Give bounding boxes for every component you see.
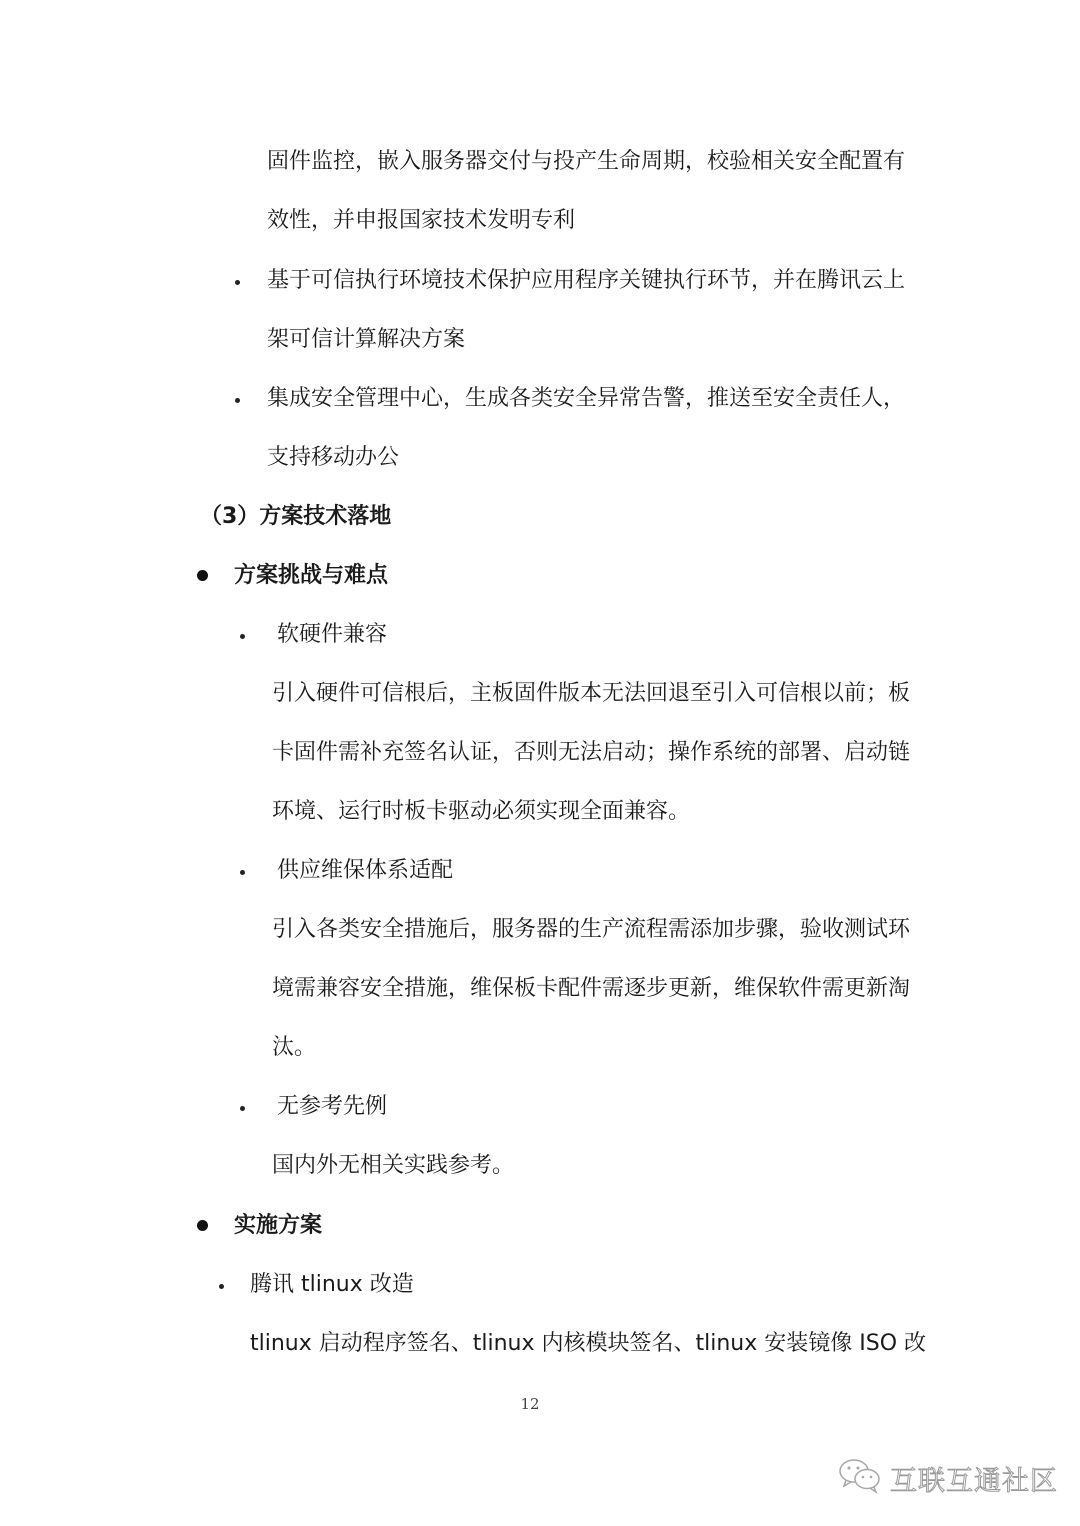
bullet-icon xyxy=(235,280,240,285)
paragraph-line: 固件监控，嵌入服务器交付与投产生命周期，校验相关安全配置有 xyxy=(267,147,905,177)
item-title: 无参考先例 xyxy=(277,1092,387,1122)
subsection-heading-challenges: 方案挑战与难点 xyxy=(234,561,388,591)
item-text: 境需兼容安全措施，维保板卡配件需逐步更新，维保软件需更新淘 xyxy=(272,974,910,1004)
page-number: 12 xyxy=(0,1395,1060,1413)
item-text: tlinux 启动程序签名、tlinux 内核模块签名、tlinux 安装镜像 … xyxy=(250,1329,926,1359)
watermark: 互联互通社区 xyxy=(838,1458,1058,1498)
section-heading: （3）方案技术落地 xyxy=(200,502,391,532)
bullet-icon xyxy=(219,1284,224,1289)
paragraph-line: 基于可信执行环境技术保护应用程序关键执行环节，并在腾讯云上 xyxy=(267,266,905,296)
item-text: 环境、运行时板卡驱动必须实现全面兼容。 xyxy=(272,797,690,827)
bullet-icon xyxy=(240,634,245,639)
paragraph-line: 效性，并申报国家技术发明专利 xyxy=(267,206,575,236)
watermark-text: 互联互通社区 xyxy=(890,1459,1058,1498)
paragraph-line: 集成安全管理中心，生成各类安全异常告警，推送至安全责任人， xyxy=(267,384,905,414)
item-text: 引入硬件可信根后，主板固件版本无法回退至引入可信根以前；板 xyxy=(272,679,910,709)
item-text: 国内外无相关实践参考。 xyxy=(272,1151,514,1181)
item-text: 引入各类安全措施后，服务器的生产流程需添加步骤，验收测试环 xyxy=(272,915,910,945)
subsection-heading-implementation: 实施方案 xyxy=(234,1211,322,1241)
item-title: 腾讯 tlinux 改造 xyxy=(250,1270,414,1300)
item-title: 软硬件兼容 xyxy=(277,620,387,650)
bullet-icon xyxy=(235,398,240,403)
item-text: 汰。 xyxy=(272,1033,316,1063)
bullet-icon xyxy=(197,1220,208,1231)
bullet-icon xyxy=(240,870,245,875)
bullet-icon xyxy=(197,570,208,581)
item-text: 卡固件需补充签名认证，否则无法启动；操作系统的部署、启动链 xyxy=(272,738,910,768)
wechat-icon xyxy=(838,1458,882,1498)
paragraph-line: 架可信计算解决方案 xyxy=(267,325,465,355)
item-title: 供应维保体系适配 xyxy=(277,856,453,886)
paragraph-line: 支持移动办公 xyxy=(267,443,399,473)
bullet-icon xyxy=(240,1106,245,1111)
